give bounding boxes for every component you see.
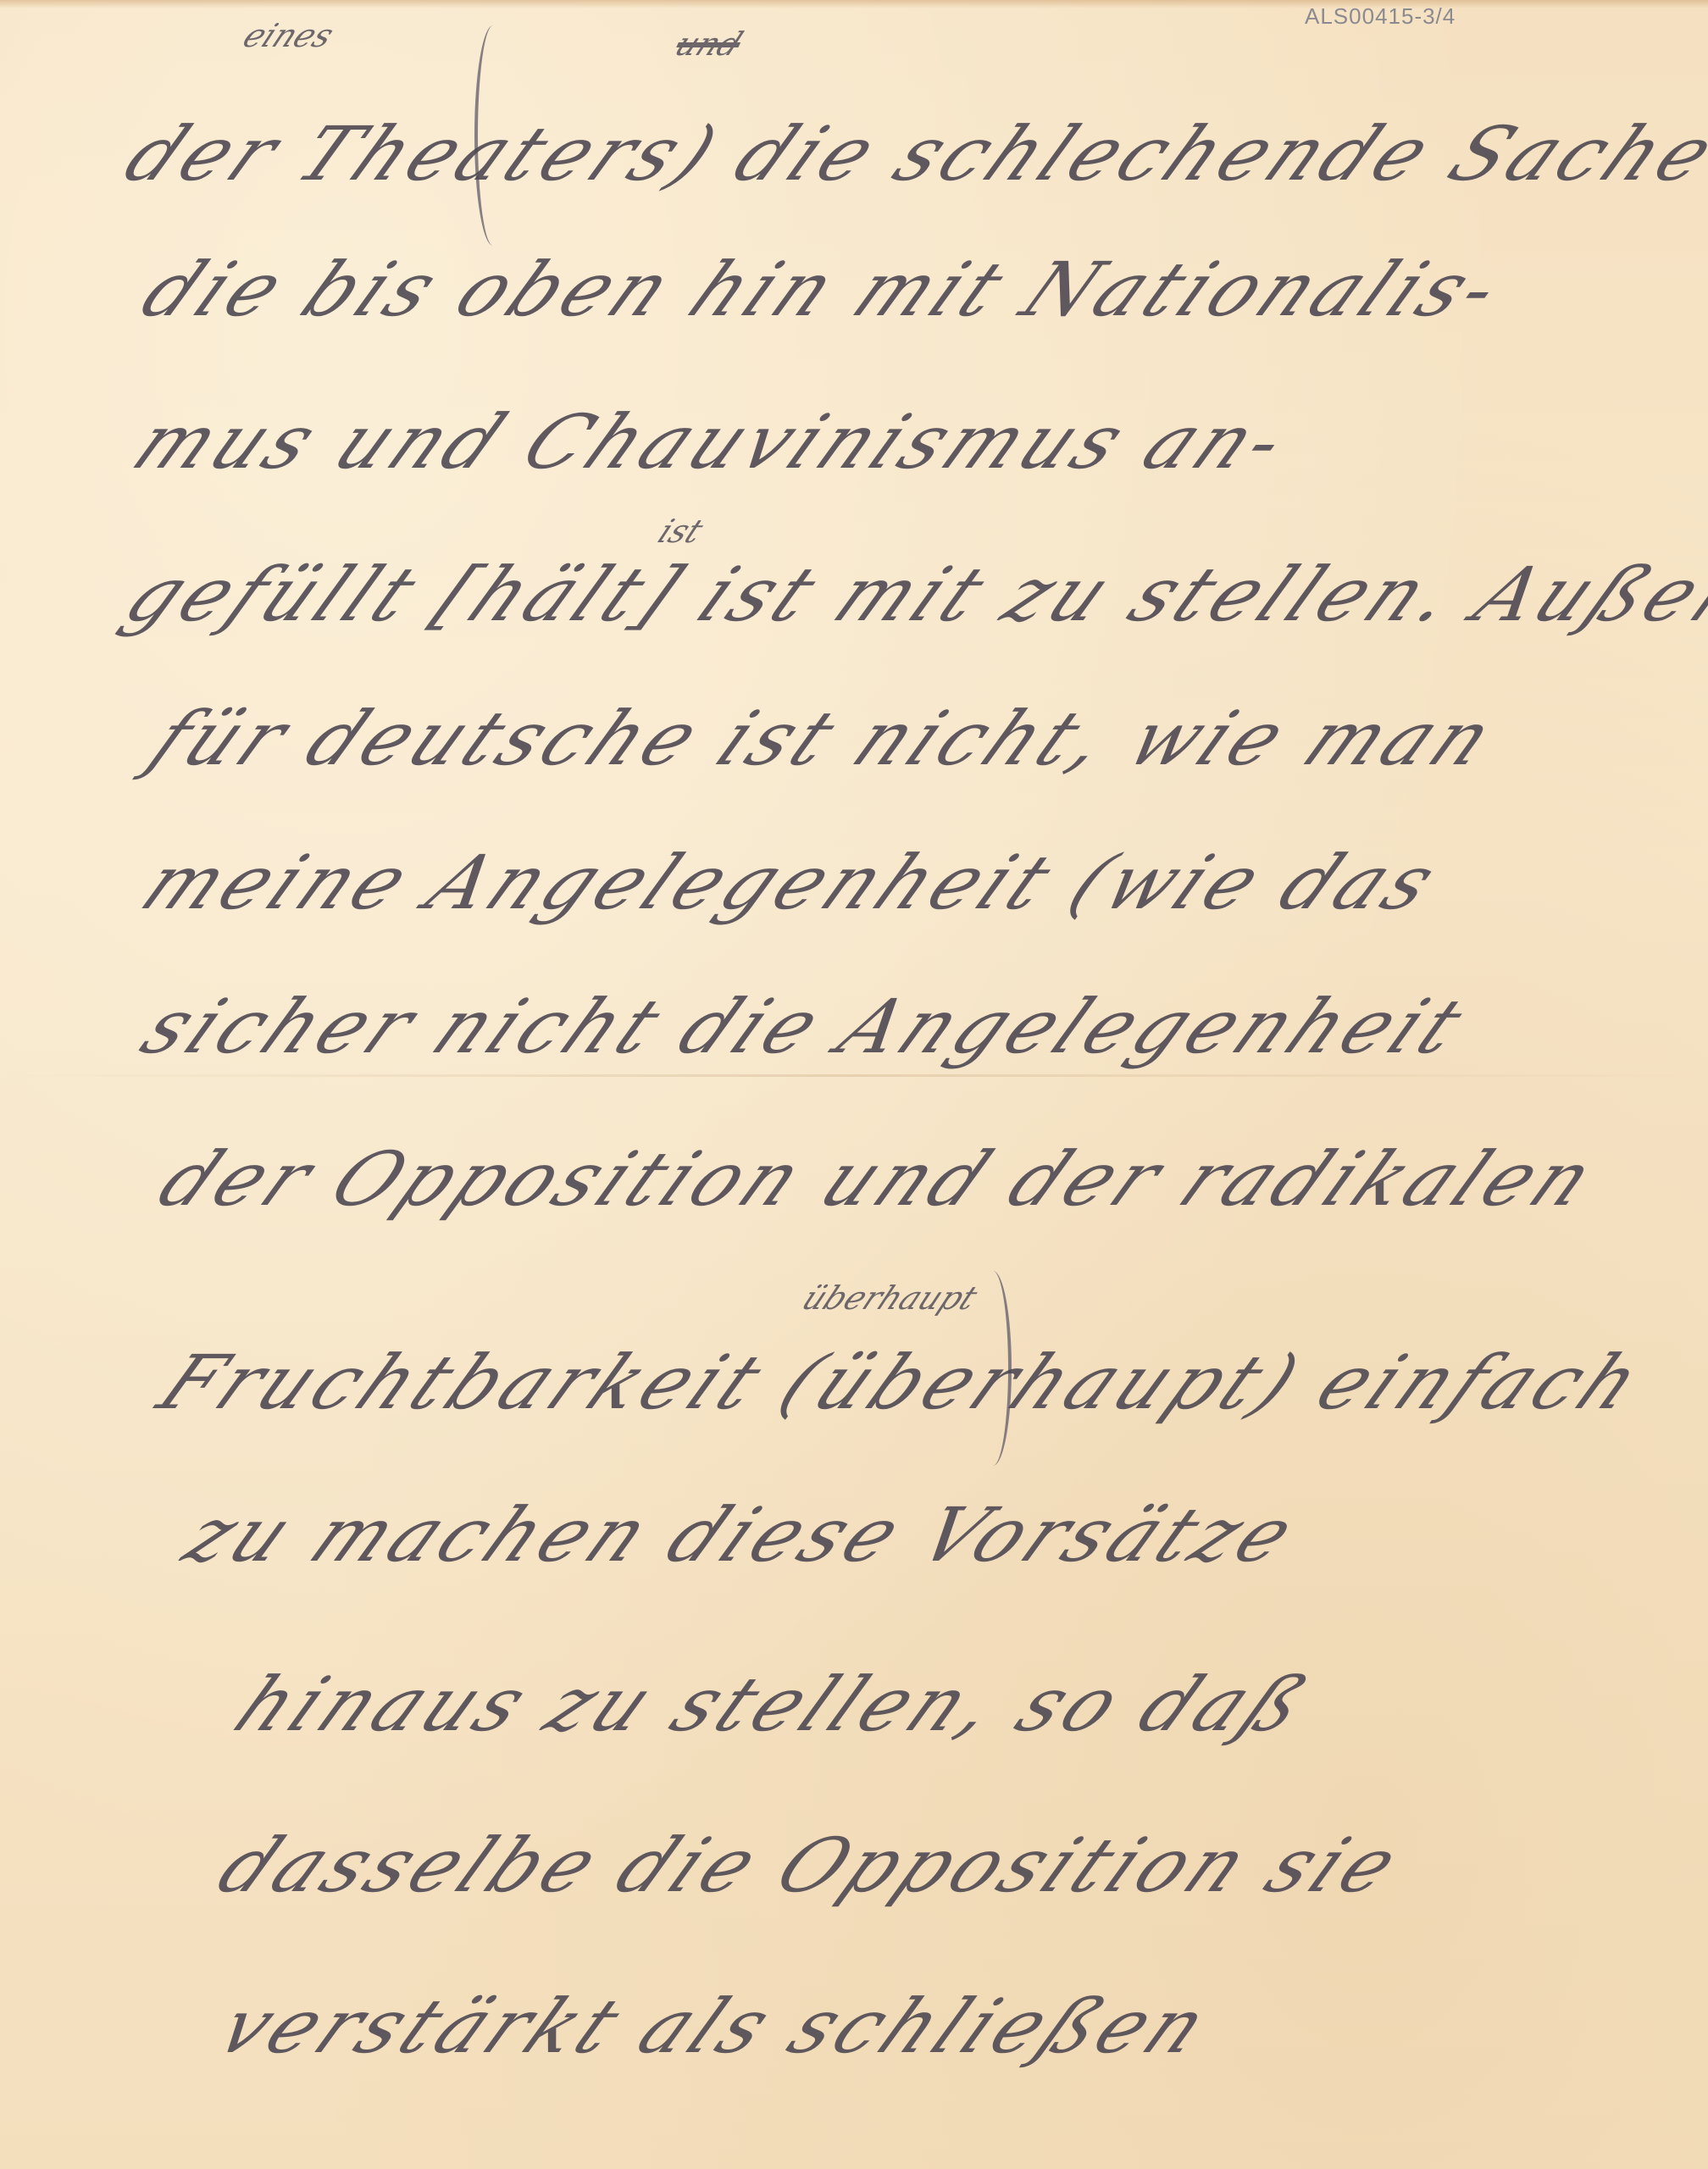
manuscript-line-6: meine Angelegenheit (wie das [127,839,1456,926]
manuscript-line-2: die bis oben hin mit Nationalis- [127,246,1522,333]
manuscript-line-9: Fruchtbarkeit (überhaupt) einfach [144,1339,1661,1426]
paper-fold-crease [0,1074,1708,1077]
manuscript-line-7: sicher nicht die Angelegenheit [127,983,1483,1070]
manuscript-line-11: hinaus zu stellen, so daß [220,1661,1328,1748]
manuscript-line-4: gefüllt [hält] ist mit zu stellen. Außer [110,551,1708,638]
archive-id-label: ALS00415-3/4 [1305,3,1456,30]
manuscript-line-12: dasselbe die Opposition sie [203,1822,1419,1909]
manuscript-line-1: der Theaters) die schlechende Sache [110,110,1708,197]
manuscript-line-13: verstärkt als schließen [203,1983,1228,2070]
manuscript-line-10: zu machen diese Vorsätze [169,1491,1315,1578]
insertion-ueberhaupt: überhaupt [796,1279,984,1317]
insertion-eines: eines [237,17,341,54]
manuscript-line-8: der Opposition und der radikalen [144,1135,1614,1223]
manuscript-line-3: mus und Chauvinismus an- [119,398,1307,485]
manuscript-line-5: für deutsche ist nicht, wie man [136,695,1514,782]
